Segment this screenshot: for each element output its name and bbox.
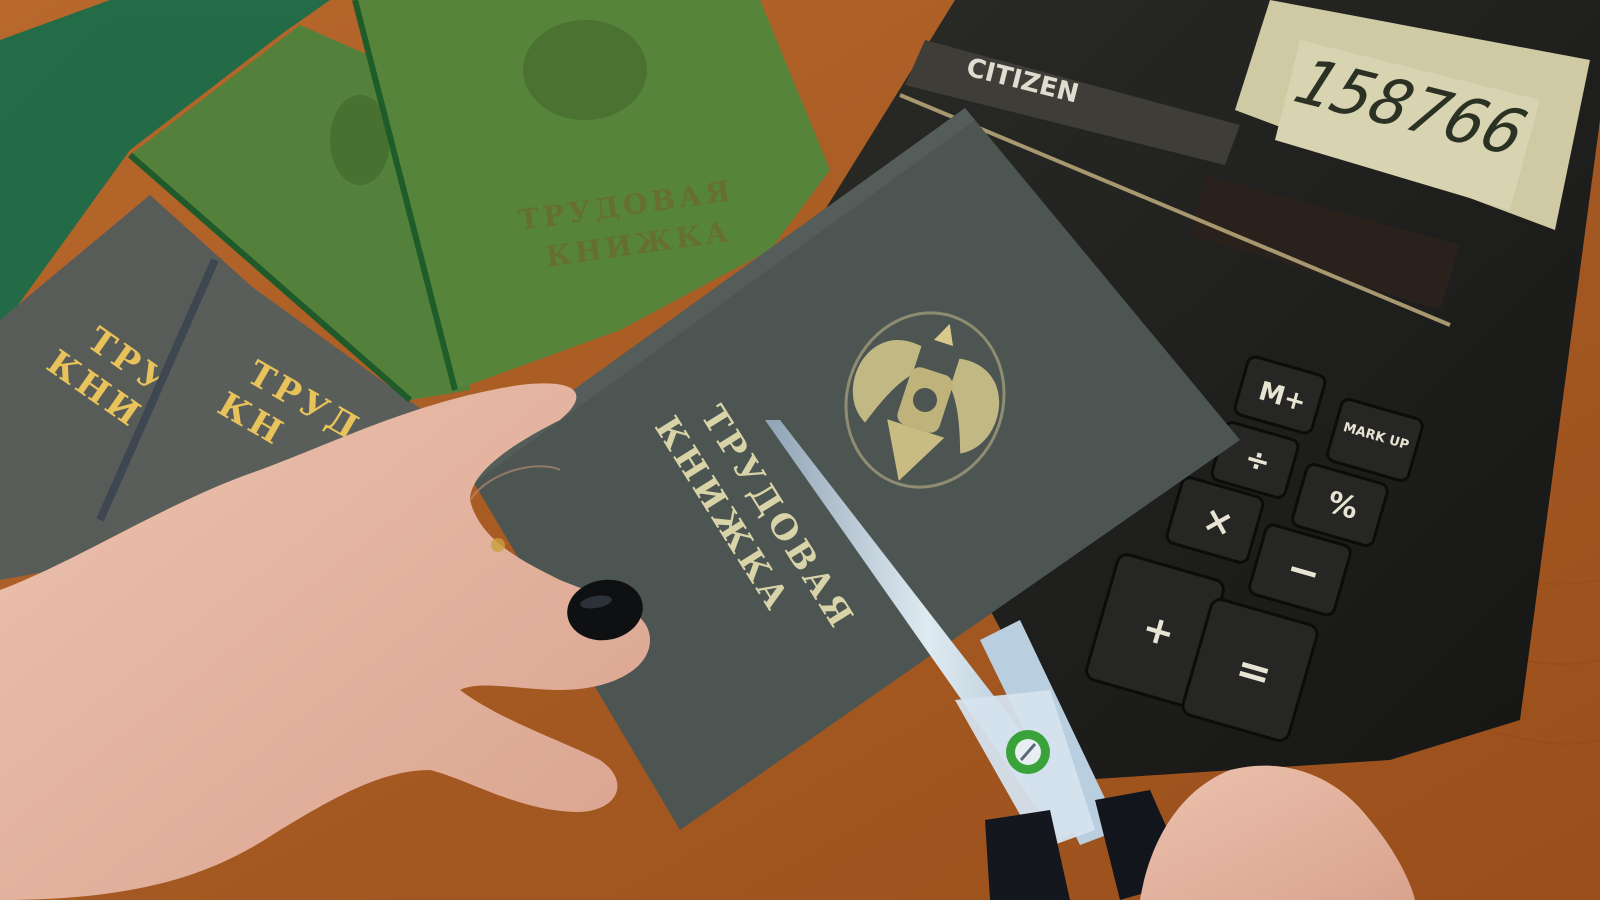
faded-emblem-icon [523, 20, 647, 120]
ring-icon [491, 538, 505, 552]
photo-scene: ТРУ, КНИ ТРУД КН ТРУДОВАЯ КНИЖКА 158766 … [0, 0, 1600, 900]
photo-canvas: ТРУ, КНИ ТРУД КН ТРУДОВАЯ КНИЖКА 158766 … [0, 0, 1600, 900]
